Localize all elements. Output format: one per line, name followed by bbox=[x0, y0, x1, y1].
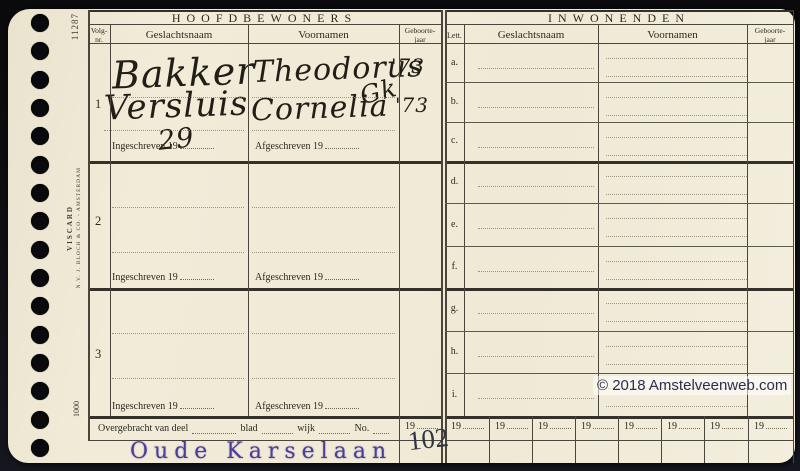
lett-row-label: g. bbox=[445, 303, 464, 314]
table-border-line bbox=[248, 24, 249, 416]
year-cell: 19 bbox=[489, 416, 532, 463]
punch-hole bbox=[31, 42, 49, 60]
dotted-leader bbox=[550, 420, 571, 429]
dotted-leader bbox=[766, 420, 787, 429]
afgeschreven-text: Afgeschreven 19 bbox=[255, 401, 323, 412]
dotted-leader bbox=[192, 425, 236, 434]
firstnames-writing-line bbox=[606, 303, 747, 304]
afgeschreven-label-row1: Afgeschreven 19 bbox=[255, 140, 359, 152]
dotted-leader bbox=[325, 400, 359, 409]
table-border-line bbox=[88, 24, 441, 25]
row-divider-line bbox=[445, 82, 793, 83]
row-divider-line bbox=[445, 203, 793, 204]
overgebracht-label: Overgebracht van deel bbox=[98, 423, 188, 434]
dotted-leader bbox=[319, 425, 351, 434]
row-divider-line bbox=[445, 373, 793, 374]
column-header-geslachtsnaam-left: Geslachtsnaam bbox=[110, 29, 248, 41]
serial-number-bottom: 1000 bbox=[72, 401, 81, 417]
firstnames-writing-line bbox=[606, 406, 747, 407]
firstnames-writing-line bbox=[606, 97, 747, 98]
lett-row-label: i. bbox=[445, 389, 464, 400]
dotted-leader bbox=[463, 420, 484, 429]
punch-hole bbox=[31, 14, 49, 32]
firstnames-writing-line bbox=[606, 364, 747, 365]
serial-number-top: 11287 bbox=[70, 13, 80, 40]
firstnames-writing-line bbox=[606, 279, 747, 280]
afgeschreven-label-row3: Afgeschreven 19 bbox=[255, 400, 359, 412]
volgnr-row-1: 1 bbox=[95, 97, 101, 112]
writing-line bbox=[112, 333, 244, 334]
punch-hole bbox=[31, 184, 49, 202]
year-cell: 19 bbox=[532, 416, 575, 463]
printer-address: N.V. J. BLOCH & CO. - AMSTERDAM bbox=[76, 167, 82, 288]
punch-hole bbox=[31, 269, 49, 287]
column-header-volgnr: Volg- nr. bbox=[88, 26, 110, 44]
afgeschreven-label-row2: Afgeschreven 19 bbox=[255, 271, 359, 283]
firstnames-writing-line bbox=[606, 176, 747, 177]
firstnames-writing-line bbox=[606, 346, 747, 347]
handwritten-birthyear-2: '73 bbox=[395, 95, 429, 115]
lett-row-label: f. bbox=[445, 261, 464, 272]
table-border-line bbox=[110, 24, 111, 416]
punch-hole bbox=[31, 326, 49, 344]
surname-writing-line bbox=[478, 228, 594, 229]
year-prefix: 19 bbox=[451, 421, 461, 432]
surname-writing-line bbox=[478, 313, 594, 314]
year-prefix: 19 bbox=[667, 421, 677, 432]
row-divider-line bbox=[445, 331, 793, 332]
afgeschreven-text: Afgeschreven 19 bbox=[255, 272, 323, 283]
firstnames-writing-line bbox=[606, 321, 747, 322]
street-name-stamp: Oude Karselaan bbox=[130, 439, 392, 464]
firstnames-writing-line bbox=[606, 155, 747, 156]
firstnames-writing-line bbox=[606, 137, 747, 138]
column-header-lett: Lett. bbox=[445, 31, 464, 40]
dotted-leader bbox=[679, 420, 700, 429]
volgnr-row-3: 3 bbox=[95, 347, 101, 362]
firstnames-writing-line bbox=[606, 194, 747, 195]
punch-hole bbox=[31, 127, 49, 145]
year-prefix: 19 bbox=[581, 421, 591, 432]
column-header-geboortejaar-left: Geboorte- jaar bbox=[399, 26, 441, 44]
no-label: No. bbox=[354, 423, 369, 434]
registration-card: 11287 VISCARD N.V. J. BLOCH & CO. - AMST… bbox=[8, 9, 795, 463]
handwritten-house-number: 102 bbox=[406, 422, 450, 457]
table-border-line bbox=[793, 10, 794, 463]
dotted-leader bbox=[180, 400, 214, 409]
punch-hole bbox=[31, 411, 49, 429]
table-border-line bbox=[445, 10, 793, 12]
column-header-geboortejaar-right: Geboorte- jaar bbox=[747, 26, 793, 44]
firstnames-writing-line bbox=[606, 115, 747, 116]
punch-hole bbox=[31, 156, 49, 174]
ingeschreven-text: Ingeschreven 19 bbox=[112, 401, 178, 412]
year-cell: 19 bbox=[748, 416, 793, 463]
lett-row-label: c. bbox=[445, 135, 464, 146]
surname-writing-line bbox=[478, 398, 594, 399]
table-border-line bbox=[445, 24, 793, 25]
lett-row-label: b. bbox=[445, 96, 464, 107]
column-header-volgnr-line1: Volg- bbox=[88, 26, 110, 35]
handwritten-surname-2: Versluis bbox=[103, 86, 248, 125]
lett-row-label: e. bbox=[445, 219, 464, 230]
overgebracht-row: Overgebracht van deel blad wijk No. bbox=[88, 416, 399, 440]
ingeschreven-label-row1: Ingeschreven 19 bbox=[112, 140, 214, 152]
surname-writing-line bbox=[478, 68, 594, 69]
firstnames-writing-line bbox=[606, 236, 747, 237]
table-border-line bbox=[399, 24, 400, 463]
ingeschreven-label-row3: Ingeschreven 19 bbox=[112, 400, 214, 412]
year-cell: 19 bbox=[575, 416, 618, 463]
year-prefix: 19 bbox=[495, 421, 505, 432]
surname-writing-line bbox=[478, 186, 594, 187]
punch-hole bbox=[31, 382, 49, 400]
lett-row-label: d. bbox=[445, 176, 464, 187]
table-border-line bbox=[88, 10, 441, 12]
row-divider-line bbox=[445, 246, 793, 247]
column-header-geboortejaar-left-line1: Geboorte- bbox=[399, 26, 441, 35]
lett-row-label: h. bbox=[445, 346, 464, 357]
firstnames-writing-line bbox=[606, 261, 747, 262]
dotted-leader bbox=[180, 140, 214, 149]
dotted-leader bbox=[262, 425, 294, 434]
table-border-line bbox=[88, 416, 441, 419]
dotted-leader bbox=[373, 425, 389, 434]
table-border-line bbox=[445, 288, 793, 291]
dotted-leader bbox=[722, 420, 743, 429]
punch-hole bbox=[31, 439, 49, 457]
handwritten-birthyear-1: '73 bbox=[391, 56, 425, 76]
year-prefix: 19 bbox=[624, 421, 634, 432]
column-header-voornamen-right: Voornamen bbox=[598, 29, 747, 41]
ingeschreven-text: Ingeschreven 19 bbox=[112, 272, 178, 283]
writing-line bbox=[252, 207, 395, 208]
writing-line bbox=[252, 252, 395, 253]
table-border-line bbox=[88, 161, 441, 164]
row-divider-line bbox=[445, 122, 793, 123]
year-cell: 19 bbox=[704, 416, 748, 463]
dotted-leader bbox=[180, 271, 214, 280]
firstnames-writing-line bbox=[606, 58, 747, 59]
writing-line bbox=[252, 130, 395, 131]
year-prefix: 19 bbox=[710, 421, 720, 432]
surname-writing-line bbox=[478, 356, 594, 357]
year-prefix: 19 bbox=[538, 421, 548, 432]
writing-line bbox=[112, 252, 244, 253]
writing-line bbox=[252, 333, 395, 334]
copyright-watermark: © 2018 Amstelveenweb.com bbox=[593, 376, 791, 395]
dotted-leader bbox=[636, 420, 657, 429]
wijk-label: wijk bbox=[297, 423, 315, 434]
table-border-line bbox=[445, 161, 793, 164]
writing-line bbox=[104, 130, 244, 131]
writing-line bbox=[252, 97, 395, 98]
surname-writing-line bbox=[478, 147, 594, 148]
writing-line bbox=[112, 97, 244, 98]
year-cell: 19 bbox=[618, 416, 661, 463]
punch-hole bbox=[31, 212, 49, 230]
table-border-line bbox=[88, 440, 441, 441]
table-border-line bbox=[88, 288, 441, 291]
table-border-line bbox=[441, 10, 443, 463]
punch-hole bbox=[31, 71, 49, 89]
firstnames-writing-line bbox=[606, 76, 747, 77]
writing-line bbox=[112, 378, 244, 379]
punch-hole bbox=[31, 354, 49, 372]
dotted-leader bbox=[593, 420, 614, 429]
writing-line bbox=[252, 378, 395, 379]
table-border-line bbox=[88, 10, 90, 440]
year-cell: 19 bbox=[661, 416, 704, 463]
ingeschreven-text: Ingeschreven 19 bbox=[112, 141, 178, 152]
surname-writing-line bbox=[478, 107, 594, 108]
punch-hole bbox=[31, 241, 49, 259]
dotted-leader bbox=[325, 140, 359, 149]
year-prefix: 19 bbox=[754, 421, 764, 432]
punch-hole bbox=[31, 297, 49, 315]
ingeschreven-label-row2: Ingeschreven 19 bbox=[112, 271, 214, 283]
column-header-geboortejaar-right-line1: Geboorte- bbox=[747, 26, 793, 35]
handwritten-firstnames-2-suffix: Gk bbox=[358, 75, 400, 108]
afgeschreven-text: Afgeschreven 19 bbox=[255, 141, 323, 152]
dotted-leader bbox=[507, 420, 528, 429]
firstnames-writing-line bbox=[606, 218, 747, 219]
punch-hole bbox=[31, 99, 49, 117]
lett-row-label: a. bbox=[445, 57, 464, 68]
column-header-geslachtsnaam-right: Geslachtsnaam bbox=[464, 29, 598, 41]
blad-label: blad bbox=[240, 423, 257, 434]
table-border-line bbox=[88, 43, 441, 44]
volgnr-row-2: 2 bbox=[95, 214, 101, 229]
writing-line bbox=[112, 207, 244, 208]
surname-writing-line bbox=[478, 271, 594, 272]
dotted-leader bbox=[325, 271, 359, 280]
table-border-line bbox=[445, 43, 793, 44]
printer-name: VISCARD bbox=[66, 205, 74, 251]
column-header-voornamen-left: Voornamen bbox=[248, 29, 399, 41]
year-cell: 19 bbox=[445, 416, 489, 463]
